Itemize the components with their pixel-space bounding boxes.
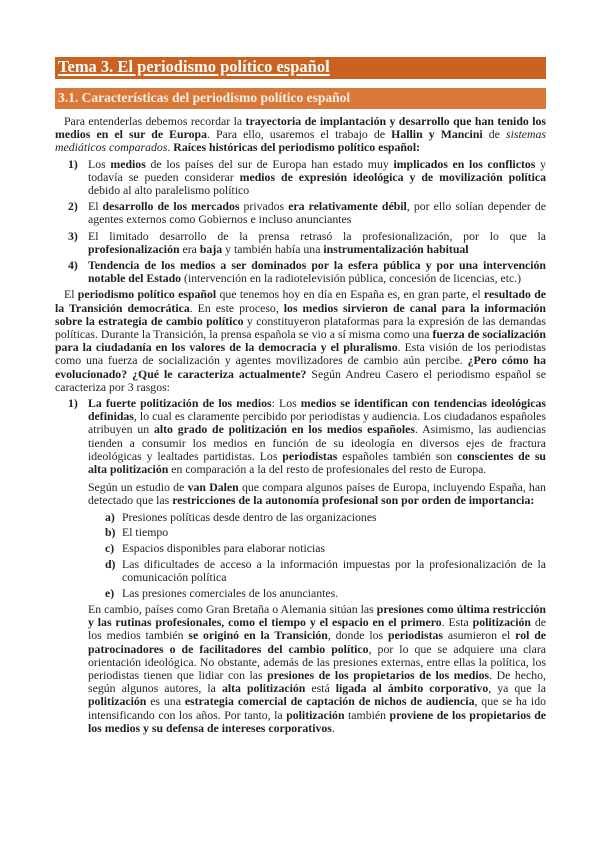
section-title-bar: 3.1. Características del periodismo polí… <box>55 88 546 109</box>
list-item-number: 3) <box>68 230 78 243</box>
list-item-text: Presiones políticas desde dentro de las … <box>122 510 377 524</box>
list-item-text: El tiempo <box>122 525 168 539</box>
trait-main-paragraph: La fuerte politización de los medios: Lo… <box>88 397 546 476</box>
list-item: d) Las dificultades de acceso a la infor… <box>88 558 546 584</box>
trait-item: 1) La fuerte politización de los medios:… <box>55 397 546 735</box>
list-item: e) Las presiones comerciales de los anun… <box>88 587 546 600</box>
list-item-letter: c) <box>105 542 114 555</box>
vandalen-paragraph: Según un estudio de van Dalen que compar… <box>88 481 546 507</box>
section-title: 3.1. Características del periodismo polí… <box>58 90 350 105</box>
list-item-letter: e) <box>105 587 114 600</box>
list-item-text: Las presiones comerciales de los anuncia… <box>122 586 338 600</box>
list-item: a) Presiones políticas desde dentro de l… <box>88 511 546 524</box>
list-item-text: Espacios disponibles para elaborar notic… <box>122 541 325 555</box>
list-item: c) Espacios disponibles para elaborar no… <box>88 542 546 555</box>
list-item-text: Tendencia de los medios a ser dominados … <box>88 258 546 285</box>
list-item-letter: a) <box>105 511 115 524</box>
list-item-text: El desarrollo de los mercados privados e… <box>88 199 546 226</box>
list-item-number: 1) <box>68 397 78 410</box>
trait-body: La fuerte politización de los medios: Lo… <box>88 397 546 735</box>
chapter-title-bar: Tema 3. El periodismo político español <box>55 57 546 79</box>
list-item: b) El tiempo <box>88 526 546 539</box>
historical-roots-list: 1) Los medios de los países del sur de E… <box>55 158 546 286</box>
list-item-letter: b) <box>105 526 116 539</box>
list-item: 3) El limitado desarrollo de la prensa r… <box>55 230 546 256</box>
closing-paragraph: En cambio, países como Gran Bretaña o Al… <box>88 603 546 735</box>
document-body: Para entenderlas debemos recordar la tra… <box>55 115 546 735</box>
chapter-title: Tema 3. El periodismo político español <box>58 57 330 76</box>
document-page: Tema 3. El periodismo político español 3… <box>0 0 599 848</box>
list-item-letter: d) <box>105 558 116 571</box>
restrictions-list: a) Presiones políticas desde dentro de l… <box>88 511 546 600</box>
list-item-number: 1) <box>68 158 78 171</box>
list-item-text: Los medios de los países del sur de Euro… <box>88 157 546 197</box>
list-item-number: 4) <box>68 259 78 272</box>
transition-paragraph: El periodismo político español que tenem… <box>55 288 546 394</box>
list-item: 4) Tendencia de los medios a ser dominad… <box>55 259 546 285</box>
intro-paragraph: Para entenderlas debemos recordar la tra… <box>55 115 546 155</box>
list-item-number: 2) <box>68 200 78 213</box>
list-item: 1) Los medios de los países del sur de E… <box>55 158 546 198</box>
list-item: 2) El desarrollo de los mercados privado… <box>55 200 546 226</box>
list-item-text: Las dificultades de acceso a la informac… <box>122 557 546 584</box>
list-item-text: El limitado desarrollo de la prensa retr… <box>88 229 546 256</box>
